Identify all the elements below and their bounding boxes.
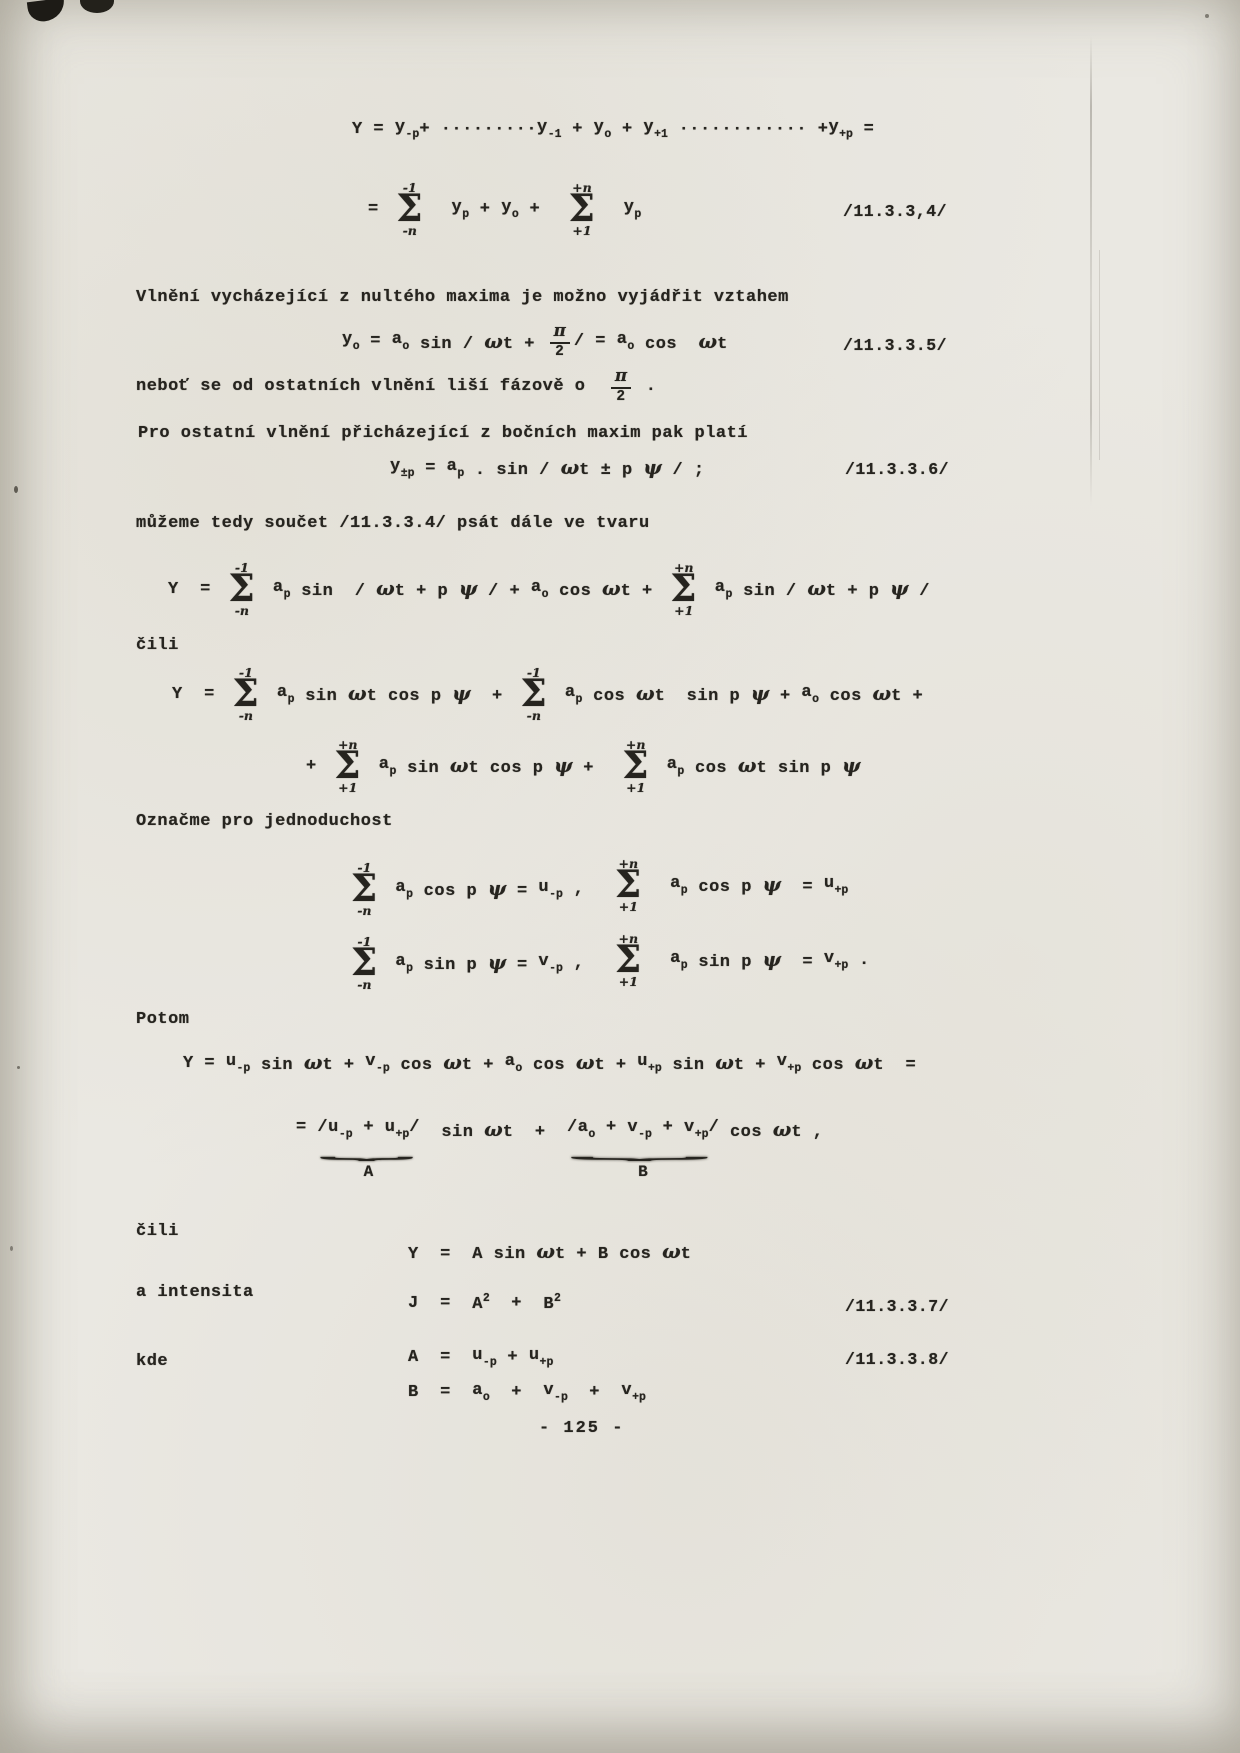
scan-speck [10,1246,13,1251]
equation-number-11337: /11.3.3.7/ [845,1297,949,1316]
scan-ink-blot [27,0,66,23]
equation-11335: yo = ao sin / ωt + π2/ = ao cos ωt [342,323,728,360]
paragraph-nebot: neboť se od ostatních vlnění liší fázově… [136,368,656,405]
definition-v-plus-p: +nΣ+1 ap sin p ψ = v+p . [608,933,870,987]
scan-crease-line [1090,36,1092,506]
page-number: - 125 - [539,1419,624,1438]
label-potom: Potom [136,1010,190,1029]
label-cili-1: čili [136,636,179,655]
paragraph-muzeme: můžeme tedy součet /11.3.3.4/ psát dále … [136,514,650,533]
equation-11334-line2: = -1Σ-n yp + yo + +nΣ+1 yp [368,182,641,236]
equation-number-11338: /11.3.3.8/ [845,1350,949,1369]
equation-potom: Y = u-p sin ωt + v-p cos ωt + ao cos ωt … [183,1051,916,1075]
equation-y-split-line1: Y = -1Σ-n ap sin ωt cos p ψ + -1Σ-n ap c… [172,667,923,721]
equation-number-11335: /11.3.3.5/ [843,336,947,355]
paragraph-pro-ostatni: Pro ostatní vlnění přicházející z bočníc… [138,424,748,443]
equation-y-ab: Y = A sin ωt + B cos ωt [408,1240,691,1264]
equation-11334-line1: Y = y-p+ ·········y-1 + yo + y+1 ·······… [352,118,874,141]
paragraph-vlneni: Vlnění vycházející z nultého maxima je m… [136,288,789,307]
equation-underbrace-ab: = /u-p + u+p/⏟A sin ωt + /ao + v-p + v+p… [296,1118,824,1181]
equation-11336: y±p = ap . sin / ωt ± p ψ / ; [390,456,705,480]
equation-y-split-line2: + +nΣ+1 ap sin ωt cos p ψ + +nΣ+1 ap cos… [306,739,860,793]
label-cili-2: čili [136,1222,179,1241]
label-a-intensita: a intensita [136,1283,254,1302]
definition-v-minus-p: -1Σ-n ap sin p ψ = v-p , [344,936,584,990]
equation-11338-a: A = u-p + u+p [408,1346,553,1369]
equation-y-expanded: Y = -1Σ-n ap sin / ωt + p ψ / + ao cos ω… [168,562,930,616]
equation-number-11334: /11.3.3,4/ [843,202,947,221]
equation-number-11336: /11.3.3.6/ [845,460,949,479]
label-kde: kde [136,1352,168,1371]
scan-speck [1205,14,1209,18]
scan-crease-line [1099,250,1100,460]
definition-u-plus-p: +nΣ+1 ap cos p ψ = u+p [608,858,848,912]
equation-11337: J = A2 + B2 [408,1292,561,1314]
scan-speck [14,486,18,493]
scan-speck [17,1066,20,1069]
definition-u-minus-p: -1Σ-n ap cos p ψ = u-p , [344,862,584,916]
scan-ink-blot [80,0,114,13]
equation-11338-b: B = ao + v-p + v+p [408,1381,646,1404]
paragraph-oznacme: Označme pro jednoduchost [136,812,393,831]
scanned-document-page: Y = y-p+ ·········y-1 + yo + y+1 ·······… [0,0,1240,1753]
